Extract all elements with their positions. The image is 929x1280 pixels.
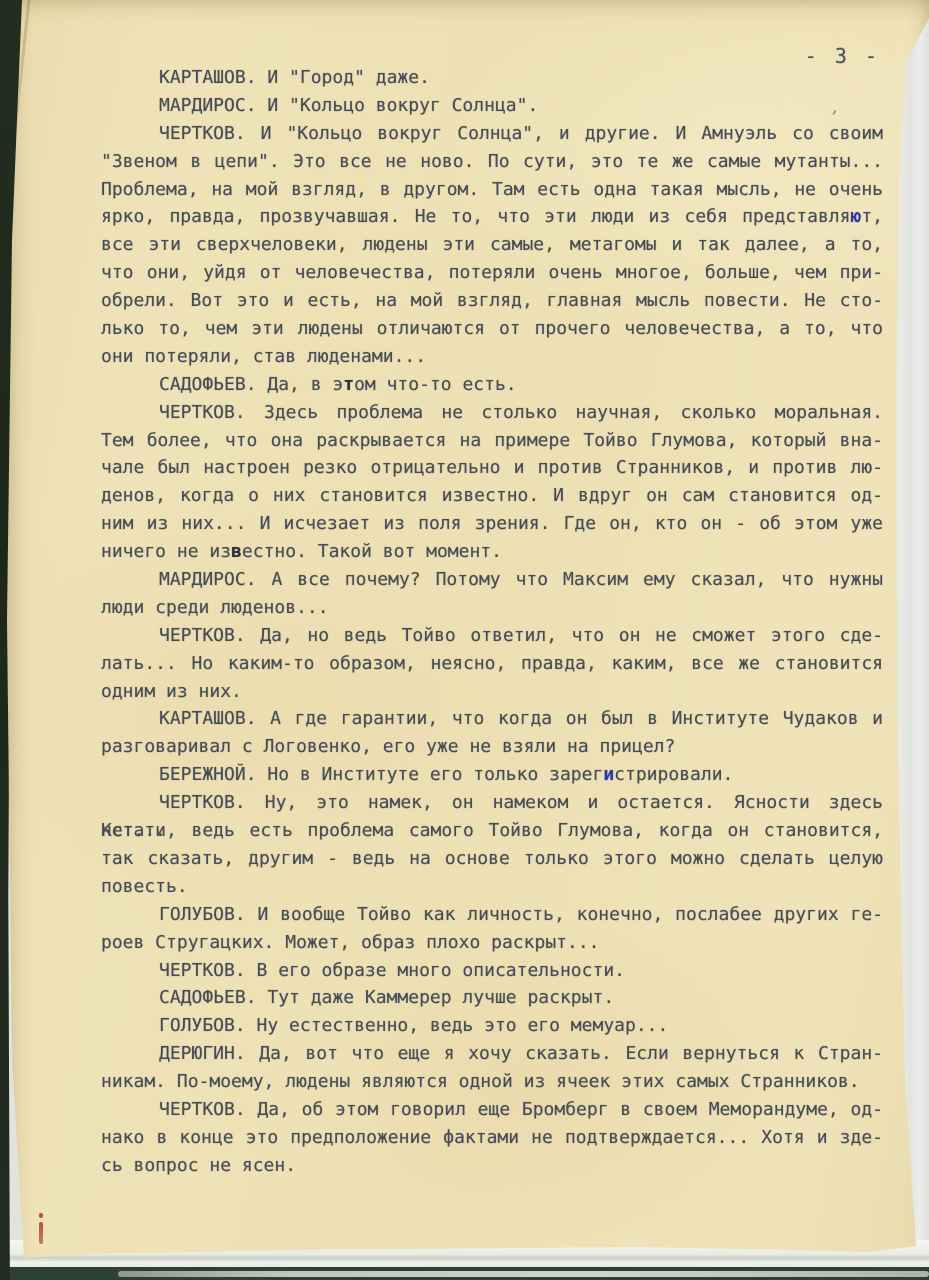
text-line: ничего не известно. Такой вот момент. (101, 538, 883, 566)
scanned-document: - 3 - , КАРТАШОВ. И "Город" даже.МАРДИРО… (0, 0, 929, 1280)
text-line: нако в конце это предположение фактами н… (101, 1124, 883, 1152)
blue-ink-correction: ю (850, 206, 861, 227)
text-line: что они, уйдя от человечества, потеряли … (101, 259, 883, 287)
text-line: чале был настроен резко отрицательно и п… (101, 454, 883, 482)
text-line: ним из них... И исчезает из поля зрения.… (101, 510, 883, 538)
blue-ink-correction: и (603, 764, 614, 785)
text-line: лать... Но каким-то образом, неясно, пра… (101, 650, 883, 678)
scan-bottom-light-band (118, 1271, 929, 1277)
text-line: Тем более, что она раскрывается на приме… (101, 427, 883, 455)
text-line: ЧЕРТКОВ. В его образе много описательнос… (101, 957, 883, 985)
text-line: БЕРЕЖНОЙ. Но в Институте его только заре… (101, 761, 883, 789)
text-line: все эти сверхчеловеки, людены эти самые,… (101, 231, 883, 259)
text-line: САДОФЬЕВ. Тут даже Каммерер лучше раскры… (101, 984, 883, 1012)
text-line: Кстати, ведь есть проблема самого Тойво … (101, 817, 883, 845)
red-ink-mark (39, 1222, 43, 1244)
overstruck-letter: т (343, 374, 354, 395)
text-line: одним из них. (101, 678, 883, 706)
text-line: сь вопрос не ясен. (101, 1152, 883, 1180)
text-line: КАРТАШОВ. А где гарантии, что когда он б… (101, 705, 883, 733)
text-line: роев Стругацких. Может, образ плохо раск… (101, 929, 883, 957)
text-line: лько то, чем эти людены отличаются от пр… (101, 315, 883, 343)
text-line: ЧЕРТКОВ. Да, но ведь Тойво ответил, что … (101, 622, 883, 650)
text-line: ЧЕРТКОВ. Ну, это намек, он намеком и ост… (101, 789, 883, 817)
typed-text-block: КАРТАШОВ. И "Город" даже.МАРДИРОС. И "Ко… (101, 64, 883, 1180)
text-line: ГОЛУБОВ. И вообще Тойво как личность, ко… (101, 901, 883, 929)
text-line: повесть. (101, 873, 883, 901)
text-line: "Звеном в цепи". Это все не ново. По сут… (101, 148, 883, 176)
text-line: КАРТАШОВ. И "Город" даже. (101, 64, 883, 92)
text-line: Проблема, на мой взгляд, в другом. Там е… (101, 176, 883, 204)
text-line: обрели. Вот это и есть, на мой взгляд, г… (101, 287, 883, 315)
text-line: разговаривал с Логовенко, его уже не взя… (101, 733, 883, 761)
overstruck-letter: в (231, 541, 242, 562)
text-line: ДЕРЮГИН. Да, вот что еще я хочу сказать.… (101, 1040, 883, 1068)
text-line: никам. По-моему, людены являются одной и… (101, 1068, 883, 1096)
text-line: ЧЕРТКОВ. Здесь проблема не столько научн… (101, 399, 883, 427)
text-line: люди среди люденов... (101, 594, 883, 622)
text-line: МАРДИРОС. И "Кольцо вокруг Солнца". (101, 92, 883, 120)
document-page: - 3 - , КАРТАШОВ. И "Город" даже.МАРДИРО… (0, 0, 929, 1280)
text-line: они потеряли, став люденами... (101, 343, 883, 371)
text-line: МАРДИРОС. А все почему? Потому что Макси… (101, 566, 883, 594)
text-line: ярко, правда, прозвучавшая. Не то, что э… (101, 203, 883, 231)
text-line: так сказать, другим - ведь на основе тол… (101, 845, 883, 873)
text-line: ЧЕРТКОВ. И "Кольцо вокруг Солнца", и дру… (101, 120, 883, 148)
text-line: ЧЕРТКОВ. Да, об этом говорил еще Бромбер… (101, 1096, 883, 1124)
text-line: ГОЛУБОВ. Ну естественно, ведь это его ме… (101, 1012, 883, 1040)
text-line: САДОФЬЕВ. Да, в этом что-то есть. (101, 371, 883, 399)
text-line: денов, когда о них становится известно. … (101, 482, 883, 510)
